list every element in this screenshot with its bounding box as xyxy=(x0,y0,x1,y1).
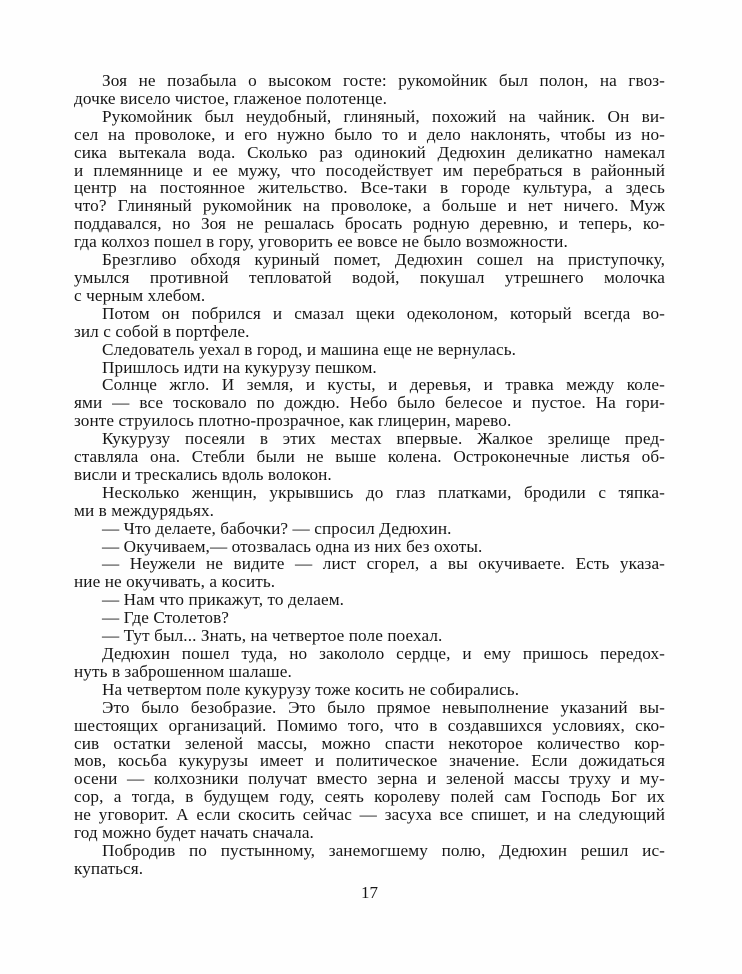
text-line: Несколько женщин, укрывшись до глаз плат… xyxy=(74,484,665,502)
text-line: Дедюхин пошел туда, но закололо сердце, … xyxy=(74,645,665,663)
text-line: поддавался, но Зоя не решалась бросать р… xyxy=(74,215,665,233)
text-line: год можно будет начать сначала. xyxy=(74,824,665,842)
text-line: Следователь уехал в город, и машина еще … xyxy=(74,341,665,359)
paragraph: Брезгливо обходя куриный помет, Дедюхин … xyxy=(74,251,665,305)
text-line: сел на проволоке, и его нужно было то и … xyxy=(74,126,665,144)
text-line: Это было безобразие. Это было прямое нев… xyxy=(74,699,665,717)
text-line: сор, а тогда, в будущем году, сеять коро… xyxy=(74,788,665,806)
paragraph: — Тут был... Знать, на четвертое поле по… xyxy=(74,627,665,645)
paragraph: Зоя не позабыла о высоком госте: рукомой… xyxy=(74,72,665,108)
book-page: Зоя не позабыла о высоком госте: рукомой… xyxy=(0,0,742,974)
text-line: дочке висело чистое, глаженое полотенце. xyxy=(74,90,665,108)
text-line: сика вытекала вода. Сколько раз одинокий… xyxy=(74,144,665,162)
paragraph: Потом он побрился и смазал щеки одеколон… xyxy=(74,305,665,341)
text-line: центр на постоянное жительство. Все-таки… xyxy=(74,179,665,197)
paragraph: Дедюхин пошел туда, но закололо сердце, … xyxy=(74,645,665,681)
text-line: На четвертом поле кукурузу тоже косить н… xyxy=(74,681,665,699)
paragraph: Пришлось идти на кукурузу пешком. xyxy=(74,359,665,377)
text-line: — Где Столетов? xyxy=(74,609,665,627)
text-block: Зоя не позабыла о высоком госте: рукомой… xyxy=(74,72,665,878)
text-line: — Тут был... Знать, на четвертое поле по… xyxy=(74,627,665,645)
text-line: Зоя не позабыла о высоком госте: рукомой… xyxy=(74,72,665,90)
text-line: что? Глиняный рукомойник на проволоке, а… xyxy=(74,197,665,215)
text-line: мов, косьба кукурузы имеет и политическо… xyxy=(74,752,665,770)
text-line: Брезгливо обходя куриный помет, Дедюхин … xyxy=(74,251,665,269)
paragraph: — Что делаете, бабочки? — спросил Дедюхи… xyxy=(74,520,665,538)
text-line: зонте струилось плотно-прозрачное, как г… xyxy=(74,412,665,430)
text-line: нуть в заброшенном шалаше. xyxy=(74,663,665,681)
text-line: ставляла она. Стебли были не выше колена… xyxy=(74,448,665,466)
text-line: ние не окучивать, а косить. xyxy=(74,573,665,591)
paragraph: Несколько женщин, укрывшись до глаз плат… xyxy=(74,484,665,520)
text-line: шестоящих организаций. Помимо того, что … xyxy=(74,717,665,735)
paragraph: — Окучиваем,— отозвалась одна из них без… xyxy=(74,538,665,556)
paragraph: Солнце жгло. И земля, и кусты, и деревья… xyxy=(74,376,665,430)
text-line: Солнце жгло. И земля, и кусты, и деревья… xyxy=(74,376,665,394)
paragraph: Кукурузу посеяли в этих местах впервые. … xyxy=(74,430,665,484)
text-line: висли и трескались вдоль волокон. xyxy=(74,466,665,484)
text-line: Пришлось идти на кукурузу пешком. xyxy=(74,359,665,377)
text-line: — Нам что прикажут, то делаем. xyxy=(74,591,665,609)
text-line: сив остатки зеленой массы, можно спасти … xyxy=(74,735,665,753)
text-line: Потом он побрился и смазал щеки одеколон… xyxy=(74,305,665,323)
text-line: зил с собой в портфеле. xyxy=(74,323,665,341)
text-line: умылся противной тепловатой водой, покуш… xyxy=(74,269,665,287)
paragraph: — Нам что прикажут, то делаем. xyxy=(74,591,665,609)
text-line: гда колхоз пошел в гору, уговорить ее во… xyxy=(74,233,665,251)
paragraph: Это было безобразие. Это было прямое нев… xyxy=(74,699,665,842)
paragraph: — Где Столетов? xyxy=(74,609,665,627)
text-line: ями — все тосковало по дождю. Небо было … xyxy=(74,394,665,412)
text-line: с черным хлебом. xyxy=(74,287,665,305)
text-line: купаться. xyxy=(74,860,665,878)
paragraph: Рукомойник был неудобный, глиняный, похо… xyxy=(74,108,665,251)
paragraph: На четвертом поле кукурузу тоже косить н… xyxy=(74,681,665,699)
text-line: ми в междурядьях. xyxy=(74,502,665,520)
paragraph: Следователь уехал в город, и машина еще … xyxy=(74,341,665,359)
text-line: осени — колхозники получат вместо зерна … xyxy=(74,770,665,788)
text-line: Рукомойник был неудобный, глиняный, похо… xyxy=(74,108,665,126)
paragraph: Побродив по пустынному, занемогшему полю… xyxy=(74,842,665,878)
text-line: — Неужели не видите — лист сгорел, а вы … xyxy=(74,555,665,573)
page-number: 17 xyxy=(74,884,665,902)
text-line: — Что делаете, бабочки? — спросил Дедюхи… xyxy=(74,520,665,538)
text-line: Кукурузу посеяли в этих местах впервые. … xyxy=(74,430,665,448)
paragraph: — Неужели не видите — лист сгорел, а вы … xyxy=(74,555,665,591)
text-line: не уговорит. А если скосить сейчас — зас… xyxy=(74,806,665,824)
text-line: — Окучиваем,— отозвалась одна из них без… xyxy=(74,538,665,556)
text-line: Побродив по пустынному, занемогшему полю… xyxy=(74,842,665,860)
text-line: и племяннице и ее мужу, что посодействуе… xyxy=(74,162,665,180)
